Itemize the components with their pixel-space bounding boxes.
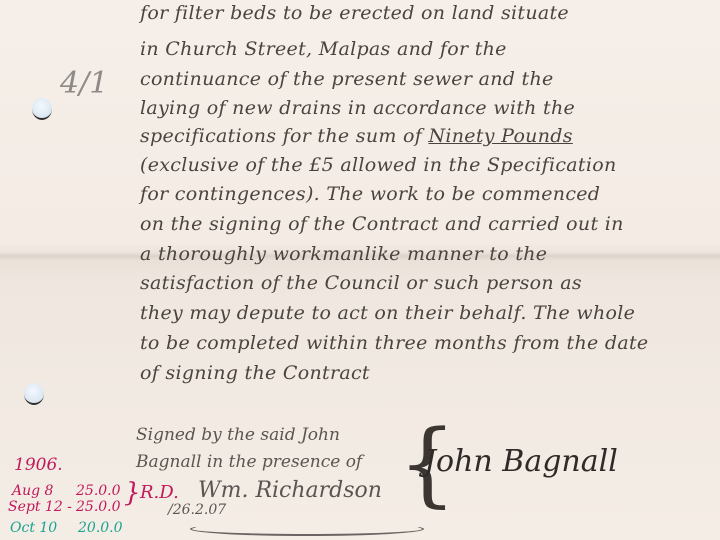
margin-pencil-mark: 4/1 xyxy=(60,66,108,101)
ledger-year: 1906. xyxy=(14,455,63,475)
ledger-amount: 20.0.0 xyxy=(78,520,123,536)
ledger-date: Oct 10 xyxy=(10,520,57,536)
body-line: to be completed within three months from… xyxy=(140,332,648,354)
body-line: for contingences). The work to be commen… xyxy=(140,183,600,205)
ledger-amount: 25.0.0 xyxy=(76,483,121,499)
ledger-brace-icon: } xyxy=(124,478,141,508)
ledger-date-note: /26.2.07 xyxy=(168,502,226,518)
ledger-date: Aug 8 xyxy=(12,483,53,499)
body-line: on the signing of the Contract and carri… xyxy=(140,213,624,235)
attestation-line-1: Signed by the said John xyxy=(136,425,340,445)
body-line: a thoroughly workmanlike manner to the xyxy=(140,243,547,265)
body-line: they may depute to act on their behalf. … xyxy=(140,302,635,324)
body-line: continuance of the present sewer and the xyxy=(140,68,554,90)
body-line: (exclusive of the £5 allowed in the Spec… xyxy=(140,154,617,176)
body-line-sum: specifications for the sum of Ninety Pou… xyxy=(140,125,573,147)
punch-hole-icon xyxy=(24,383,44,405)
signature-flourish xyxy=(190,522,424,536)
ledger-initials: R.D. xyxy=(140,482,179,503)
document-page: 4/1 for filter beds to be erected on lan… xyxy=(0,0,720,540)
punch-hole-icon xyxy=(32,98,52,120)
sum-prefix: specifications for the sum of xyxy=(140,125,428,147)
body-line: satisfaction of the Council or such pers… xyxy=(140,272,582,294)
body-line: laying of new drains in accordance with … xyxy=(140,97,575,119)
body-line: in Church Street, Malpas and for the xyxy=(140,38,507,60)
attestation-line-2: Bagnall in the presence of xyxy=(136,452,362,472)
ledger-date: Sept 12 - xyxy=(8,499,72,515)
witness-signature: Wm. Richardson xyxy=(198,478,382,503)
ledger-amount: 25.0.0 xyxy=(76,499,121,515)
body-line: of signing the Contract xyxy=(140,362,370,384)
sum-amount: Ninety Pounds xyxy=(428,125,572,147)
body-line: for filter beds to be erected on land si… xyxy=(140,2,569,24)
signature: John Bagnall xyxy=(424,444,618,479)
